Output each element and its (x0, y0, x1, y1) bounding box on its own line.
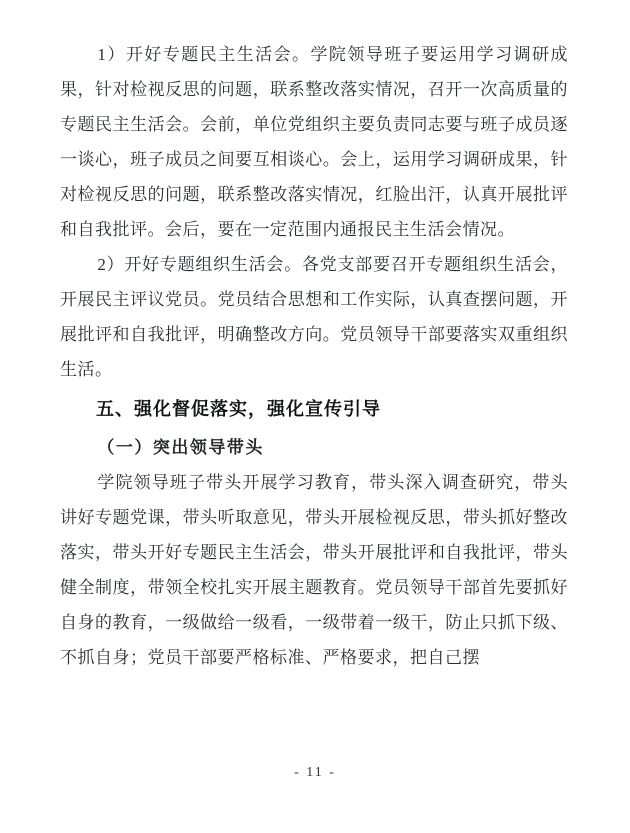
paragraph-leadership-lead-by-example: 学院领导班子带头开展学习教育，带头深入调查研究，带头讲好专题党课，带头听取意见，… (60, 465, 568, 675)
paragraph-democratic-life-meeting: 1）开好专题民主生活会。学院领导班子要运用学习调研成果，针对检视反思的问题，联系… (60, 37, 568, 247)
subsection-heading: （一）突出领导带头 (60, 430, 568, 465)
document-body: 1）开好专题民主生活会。学院领导班子要运用学习调研成果，针对检视反思的问题，联系… (60, 37, 568, 675)
document-page: 1）开好专题民主生活会。学院领导班子要运用学习调研成果，针对检视反思的问题，联系… (0, 0, 630, 833)
section-heading: 五、强化督促落实，强化宣传引导 (60, 392, 568, 427)
page-number: - 11 - (294, 765, 336, 780)
paragraph-organization-life-meeting: 2）开好专题组织生活会。各党支部要召开专题组织生活会，开展民主评议党员。党员结合… (60, 247, 568, 387)
page-footer: - 11 - (0, 763, 630, 781)
